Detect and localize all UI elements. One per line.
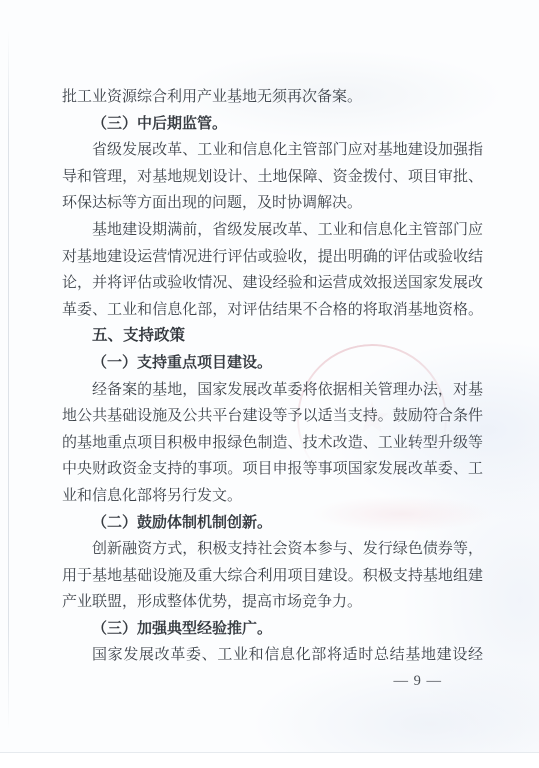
text-line: 业和信息化部将另行发文。: [62, 483, 483, 510]
text-line: 革委、工业和信息化部，对评估结果不合格的将取消基地资格。: [62, 297, 483, 324]
text-line: 用于基地基础设施及重大综合利用项目建设。积极支持基地组建: [62, 563, 483, 590]
text-line: 产业联盟，形成整体优势，提高市场竞争力。: [62, 589, 483, 616]
text-line: 环保达标等方面出现的问题，及时协调解决。: [62, 190, 483, 217]
section-heading: 五、支持政策: [62, 323, 483, 350]
text-line: 对基地建设运营情况进行评估或验收，提出明确的评估或验收结: [62, 244, 483, 271]
page-bottom-edge: [0, 752, 539, 753]
subsection-heading: （二）鼓励体制机制创新。: [62, 510, 483, 537]
text-line: 的基地重点项目积极申报绿色制造、技术改造、工业转型升级等: [62, 430, 483, 457]
text-line: 批工业资源综合利用产业基地无须再次备案。: [62, 84, 483, 111]
text-line: 经备案的基地，国家发展改革委将依据相关管理办法，对基: [62, 377, 483, 404]
text-line: 中央财政资金支持的事项。项目申报等事项国家发展改革委、工: [62, 456, 483, 483]
text-line: 导和管理，对基地规划设计、土地保障、资金拨付、项目审批、: [62, 164, 483, 191]
subsection-heading: （三）中后期监管。: [62, 111, 483, 138]
subsection-heading: （一）支持重点项目建设。: [62, 350, 483, 377]
text-line: 国家发展改革委、工业和信息化部将适时总结基地建设经: [62, 642, 483, 669]
page-number: — 9 —: [394, 671, 443, 691]
page-content: 批工业资源综合利用产业基地无须再次备案。（三）中后期监管。省级发展改革、工业和信…: [62, 84, 483, 669]
text-line: 创新融资方式，积极支持社会资本参与、发行绿色债券等，: [62, 536, 483, 563]
subsection-heading: （三）加强典型经验推广。: [62, 616, 483, 643]
text-line: 论，并将评估或验收情况、建设经验和运营成效报送国家发展改: [62, 270, 483, 297]
text-line: 省级发展改革、工业和信息化主管部门应对基地建设加强指: [62, 137, 483, 164]
text-line: 基地建设期满前，省级发展改革、工业和信息化主管部门应: [62, 217, 483, 244]
page-left-edge: [8, 30, 9, 730]
document-page: ★ 批工业资源综合利用产业基地无须再次备案。（三）中后期监管。省级发展改革、工业…: [0, 0, 539, 753]
text-line: 地公共基础设施及公共平台建设等予以适当支持。鼓励符合条件: [62, 403, 483, 430]
